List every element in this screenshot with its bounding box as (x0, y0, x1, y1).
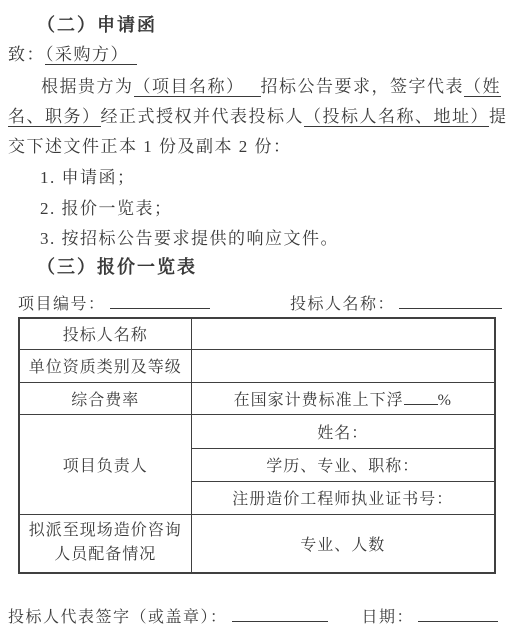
para-text: 招标公告要求，签字代表 (261, 77, 465, 96)
purchaser-placeholder: （采购方） (45, 45, 137, 65)
row-staffing-label: 拟派至现场造价咨询 人员配备情况 (19, 514, 191, 573)
salutation-label: 致： (8, 45, 45, 64)
staffing-label-line-2: 人员配备情况 (24, 543, 187, 567)
row-bidder-name-value (191, 318, 495, 349)
table-row: 综合费率 在国家计费标准上下浮% (19, 382, 495, 414)
representative-placeholder-end: 名、职务） (8, 107, 101, 127)
row-project-manager-label: 项目负责人 (19, 414, 191, 514)
row-staffing-value: 专业、人数 (191, 514, 495, 573)
document-page: （二）申请函 致：（采购方） 根据贵方为（项目名称）招标公告要求，签字代表（姓 … (0, 0, 527, 641)
list-item-2: 2. 报价一览表； (40, 199, 173, 219)
project-no-label: 项目编号： (18, 296, 106, 313)
para-text: 经正式授权并代表投标人 (101, 107, 305, 126)
salutation-line: 致：（采购方） (8, 45, 137, 65)
table-row: 单位资质类别及等级 (19, 349, 495, 382)
table-row: 投标人名称 (19, 318, 495, 349)
paragraph-line-2: 名、职务）经正式授权并代表投标人（投标人名称、地址）提 (8, 107, 508, 127)
table-row: 项目负责人 姓名： (19, 414, 495, 448)
project-no-line: 项目编号： (18, 294, 210, 315)
list-item-1: 1. 申请函； (40, 168, 136, 188)
section-quotation-heading: （三）报价一览表 (37, 257, 197, 277)
row-fee-rate-value: 在国家计费标准上下浮% (191, 382, 495, 414)
project-no-blank (110, 294, 210, 309)
para-text: 提 (489, 107, 508, 126)
row-manager-name: 姓名： (191, 414, 495, 448)
row-qualification-value (191, 349, 495, 382)
list-item-3: 3. 按招标公告要求提供的响应文件。 (40, 229, 339, 249)
para-text: 根据贵方为 (41, 77, 134, 96)
table-row: 拟派至现场造价咨询 人员配备情况 专业、人数 (19, 514, 495, 573)
date-blank (418, 607, 498, 622)
section-application-heading: （二）申请函 (37, 15, 157, 35)
fee-rate-text-pre: 在国家计费标准上下浮 (234, 392, 404, 409)
bidder-name-address-placeholder: （投标人名称、地址） (304, 107, 489, 127)
row-fee-rate-label: 综合费率 (19, 382, 191, 414)
row-manager-certificate: 注册造价工程师执业证书号： (191, 481, 495, 514)
paragraph-line-1: 根据贵方为（项目名称）招标公告要求，签字代表（姓 (41, 77, 501, 97)
quotation-table: 投标人名称 单位资质类别及等级 综合费率 在国家计费标准上下浮% 项目负责人 姓… (18, 317, 496, 574)
staffing-label-line-1: 拟派至现场造价咨询 (24, 519, 187, 543)
row-qualification-label: 单位资质类别及等级 (19, 349, 191, 382)
row-manager-education: 学历、专业、职称： (191, 448, 495, 481)
signature-label: 投标人代表签字（或盖章）： (8, 609, 228, 626)
representative-placeholder-start: （姓 (464, 77, 501, 97)
fee-rate-text-post: % (438, 392, 452, 409)
project-name-placeholder: （项目名称） (134, 77, 261, 97)
signature-blank (232, 607, 328, 622)
bidder-name-line: 投标人名称： (290, 294, 502, 315)
paragraph-line-3: 交下述文件正本 1 份及副本 2 份： (8, 137, 292, 157)
bidder-name-label: 投标人名称： (290, 296, 395, 313)
bidder-name-blank (399, 294, 502, 309)
row-bidder-name-label: 投标人名称 (19, 318, 191, 349)
fee-rate-blank (404, 390, 438, 405)
signature-line: 投标人代表签字（或盖章）：日期： (8, 607, 498, 628)
date-label: 日期： (362, 609, 415, 626)
